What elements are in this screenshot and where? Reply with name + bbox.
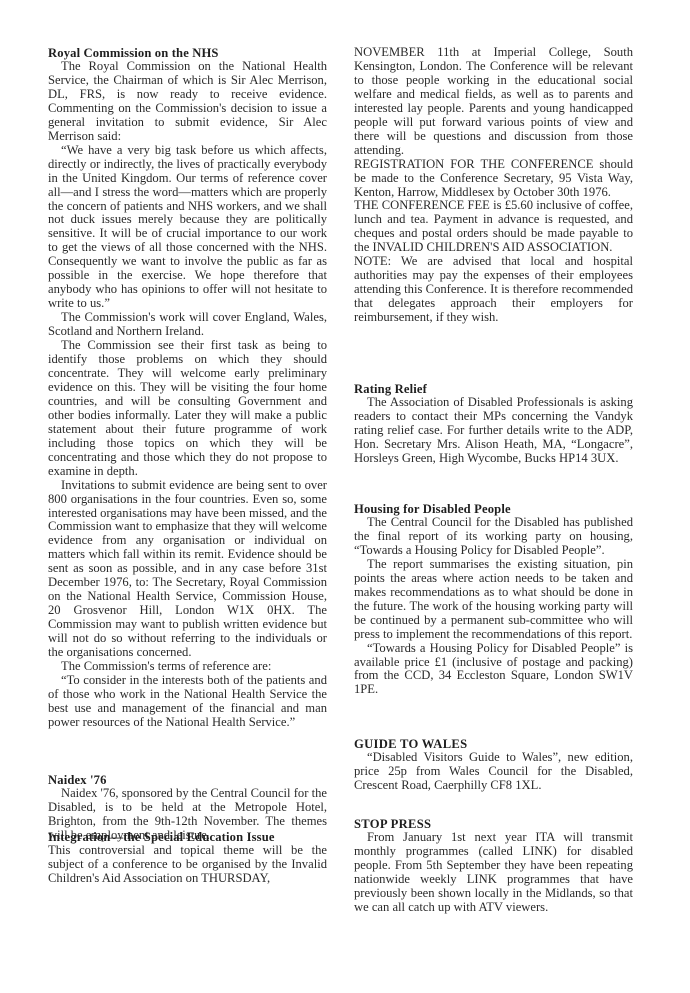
- article-paragraph: The Commission's terms of reference are:: [48, 660, 327, 674]
- article-paragraph: NOTE: We are advised that local and hosp…: [354, 255, 633, 325]
- article-housing: Housing for Disabled People The Central …: [354, 502, 633, 697]
- article-paragraph: The Association of Disabled Professional…: [354, 396, 633, 466]
- article-paragraph: “Disabled Visitors Guide to Wales”, new …: [354, 751, 633, 793]
- article-paragraph: THE CONFERENCE FEE is £5.60 inclusive of…: [354, 199, 633, 255]
- article-stop-press: STOP PRESS From January 1st next year IT…: [354, 817, 633, 915]
- article-paragraph: NOVEMBER 11th at Imperial College, South…: [354, 46, 633, 158]
- article-heading: GUIDE TO WALES: [354, 737, 633, 751]
- article-heading: STOP PRESS: [354, 817, 633, 831]
- article-integration: Integration—the Special Education Issue …: [48, 830, 327, 886]
- article-paragraph: “To consider in the interests both of th…: [48, 674, 327, 730]
- article-paragraph: This controversial and topical theme wil…: [48, 844, 327, 886]
- article-paragraph: “Towards a Housing Policy for Disabled P…: [354, 642, 633, 698]
- article-heading: Integration—the Special Education Issue: [48, 830, 327, 844]
- article-guide-to-wales: GUIDE TO WALES “Disabled Visitors Guide …: [354, 737, 633, 793]
- article-paragraph: REGISTRATION FOR THE CONFERENCE should b…: [354, 158, 633, 200]
- article-heading: Royal Commission on the NHS: [48, 46, 327, 60]
- article-royal-commission: Royal Commission on the NHS The Royal Co…: [48, 46, 327, 730]
- article-paragraph: The Commission see their first task as b…: [48, 339, 327, 479]
- article-paragraph: The Commission's work will cover England…: [48, 311, 327, 339]
- article-integration-continued: NOVEMBER 11th at Imperial College, South…: [354, 46, 633, 325]
- article-paragraph: “We have a very big task before us which…: [48, 144, 327, 311]
- article-heading: Housing for Disabled People: [354, 502, 633, 516]
- article-paragraph: The Royal Commission on the National Hea…: [48, 60, 327, 144]
- article-rating-relief: Rating Relief The Association of Disable…: [354, 382, 633, 466]
- article-paragraph: The Central Council for the Disabled has…: [354, 516, 633, 558]
- article-heading: Rating Relief: [354, 382, 633, 396]
- article-paragraph: Invitations to submit evidence are being…: [48, 479, 327, 660]
- article-paragraph: The report summarises the existing situa…: [354, 558, 633, 642]
- article-heading: Naidex '76: [48, 773, 327, 787]
- article-paragraph: From January 1st next year ITA will tran…: [354, 831, 633, 915]
